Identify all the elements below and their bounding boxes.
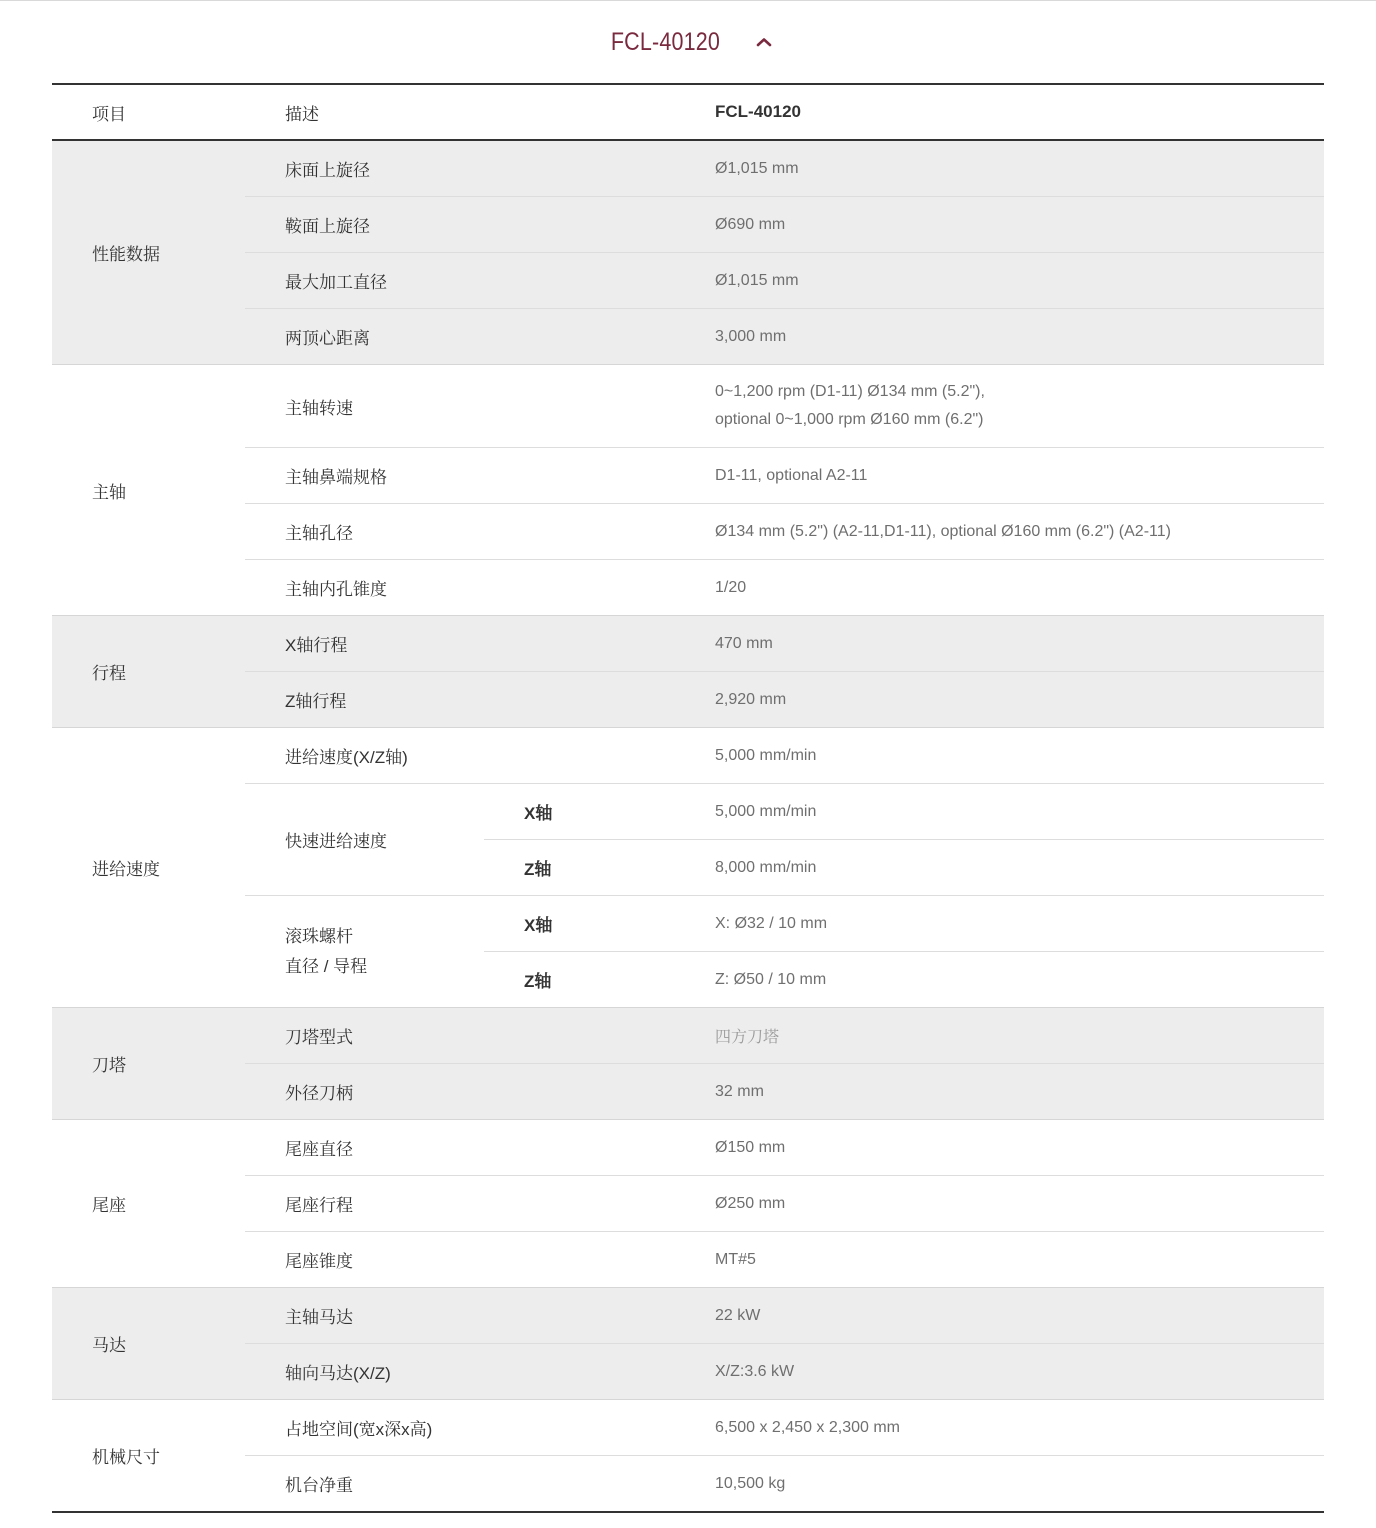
spec-value: 3,000 mm	[663, 309, 1324, 365]
spec-label: 轴向马达(X/Z)	[245, 1344, 663, 1400]
spec-label: 刀塔型式	[245, 1008, 663, 1064]
category-label: 进给速度	[52, 728, 245, 1008]
axis-label: Z轴	[484, 840, 663, 896]
chevron-up-icon[interactable]	[754, 32, 774, 52]
column-header-category: 项目	[52, 84, 245, 140]
spec-value: X: Ø32 / 10 mm	[663, 896, 1324, 952]
table-row: 进给速度 进给速度(X/Z轴) 5,000 mm/min	[52, 728, 1324, 784]
spec-label: 主轴鼻端规格	[245, 448, 663, 504]
spec-label: 主轴马达	[245, 1288, 663, 1344]
category-label: 性能数据	[52, 140, 245, 365]
spec-label-line: 滚珠螺杆	[285, 922, 484, 952]
spec-label: 两顶心距离	[245, 309, 663, 365]
group-performance: 性能数据 床面上旋径 Ø1,015 mm 鞍面上旋径 Ø690 mm 最大加工直…	[52, 140, 1324, 365]
spec-value: Ø250 mm	[663, 1176, 1324, 1232]
group-motor: 马达 主轴马达 22 kW 轴向马达(X/Z) X/Z:3.6 kW	[52, 1288, 1324, 1400]
spec-label: 主轴转速	[245, 365, 663, 448]
group-tailstock: 尾座 尾座直径 Ø150 mm 尾座行程 Ø250 mm 尾座锥度 MT#5	[52, 1120, 1324, 1288]
table-row: 性能数据 床面上旋径 Ø1,015 mm	[52, 140, 1324, 197]
spec-label: 鞍面上旋径	[245, 197, 663, 253]
spec-label: Z轴行程	[245, 672, 663, 728]
spec-value: 四方刀塔	[663, 1008, 1324, 1064]
spec-label: 进给速度(X/Z轴)	[245, 728, 663, 784]
spec-value: MT#5	[663, 1232, 1324, 1288]
group-travel: 行程 X轴行程 470 mm Z轴行程 2,920 mm	[52, 616, 1324, 728]
spec-value: 0~1,200 rpm (D1-11) Ø134 mm (5.2"), opti…	[663, 365, 1324, 448]
spec-value: 5,000 mm/min	[663, 728, 1324, 784]
table-row: 尾座 尾座直径 Ø150 mm	[52, 1120, 1324, 1176]
spec-label: 外径刀柄	[245, 1064, 663, 1120]
category-label: 机械尺寸	[52, 1400, 245, 1513]
spec-value: 1/20	[663, 560, 1324, 616]
spec-label: 机台净重	[245, 1456, 663, 1513]
spec-value: D1-11, optional A2-11	[663, 448, 1324, 504]
column-header-model: FCL-40120	[663, 84, 1324, 140]
column-header-description: 描述	[245, 84, 663, 140]
spec-label: 主轴内孔锥度	[245, 560, 663, 616]
spec-value-line: optional 0~1,000 rpm Ø160 mm (6.2")	[715, 406, 1324, 434]
spec-label: 最大加工直径	[245, 253, 663, 309]
spec-value: 32 mm	[663, 1064, 1324, 1120]
category-label: 尾座	[52, 1120, 245, 1288]
spec-value: 2,920 mm	[663, 672, 1324, 728]
axis-label: Z轴	[484, 952, 663, 1008]
spec-label: 主轴孔径	[245, 504, 663, 560]
table-row: 主轴 主轴转速 0~1,200 rpm (D1-11) Ø134 mm (5.2…	[52, 365, 1324, 448]
spec-label: 尾座直径	[245, 1120, 663, 1176]
spec-value: 6,500 x 2,450 x 2,300 mm	[663, 1400, 1324, 1456]
spec-label: 占地空间(宽x深x高)	[245, 1400, 663, 1456]
table-header-row: 项目 描述 FCL-40120	[52, 84, 1324, 140]
category-label: 行程	[52, 616, 245, 728]
spec-value-line: 0~1,200 rpm (D1-11) Ø134 mm (5.2"),	[715, 378, 1324, 406]
spec-value: 8,000 mm/min	[663, 840, 1324, 896]
spec-value: Ø1,015 mm	[663, 140, 1324, 197]
spec-label: 快速进给速度	[245, 784, 484, 896]
model-accordion-header[interactable]: FCL-40120	[0, 1, 1376, 83]
group-turret: 刀塔 刀塔型式 四方刀塔 外径刀柄 32 mm	[52, 1008, 1324, 1120]
spec-label: 尾座锥度	[245, 1232, 663, 1288]
table-row: 刀塔 刀塔型式 四方刀塔	[52, 1008, 1324, 1064]
table-row: 机械尺寸 占地空间(宽x深x高) 6,500 x 2,450 x 2,300 m…	[52, 1400, 1324, 1456]
spec-label: 床面上旋径	[245, 140, 663, 197]
spec-value: 22 kW	[663, 1288, 1324, 1344]
group-feed-rate: 进给速度 进给速度(X/Z轴) 5,000 mm/min 快速进给速度 X轴 5…	[52, 728, 1324, 1008]
table-row: 马达 主轴马达 22 kW	[52, 1288, 1324, 1344]
spec-label-line: 直径 / 导程	[285, 952, 484, 982]
spec-label: 尾座行程	[245, 1176, 663, 1232]
model-title: FCL-40120	[610, 28, 719, 57]
group-spindle: 主轴 主轴转速 0~1,200 rpm (D1-11) Ø134 mm (5.2…	[52, 365, 1324, 616]
spec-value: Ø150 mm	[663, 1120, 1324, 1176]
spec-value: Ø690 mm	[663, 197, 1324, 253]
axis-label: X轴	[484, 784, 663, 840]
table-row: 行程 X轴行程 470 mm	[52, 616, 1324, 672]
category-label: 主轴	[52, 365, 245, 616]
spec-label: X轴行程	[245, 616, 663, 672]
spec-label: 滚珠螺杆 直径 / 导程	[245, 896, 484, 1008]
spec-value: Ø134 mm (5.2") (A2-11,D1-11), optional Ø…	[663, 504, 1324, 560]
group-dimensions: 机械尺寸 占地空间(宽x深x高) 6,500 x 2,450 x 2,300 m…	[52, 1400, 1324, 1513]
spec-value: 10,500 kg	[663, 1456, 1324, 1513]
axis-label: X轴	[484, 896, 663, 952]
spec-value: 5,000 mm/min	[663, 784, 1324, 840]
category-label: 马达	[52, 1288, 245, 1400]
spec-table: 项目 描述 FCL-40120 性能数据 床面上旋径 Ø1,015 mm 鞍面上…	[52, 83, 1324, 1513]
spec-value: 470 mm	[663, 616, 1324, 672]
category-label: 刀塔	[52, 1008, 245, 1120]
spec-value: X/Z:3.6 kW	[663, 1344, 1324, 1400]
spec-value: Ø1,015 mm	[663, 253, 1324, 309]
spec-value: Z: Ø50 / 10 mm	[663, 952, 1324, 1008]
